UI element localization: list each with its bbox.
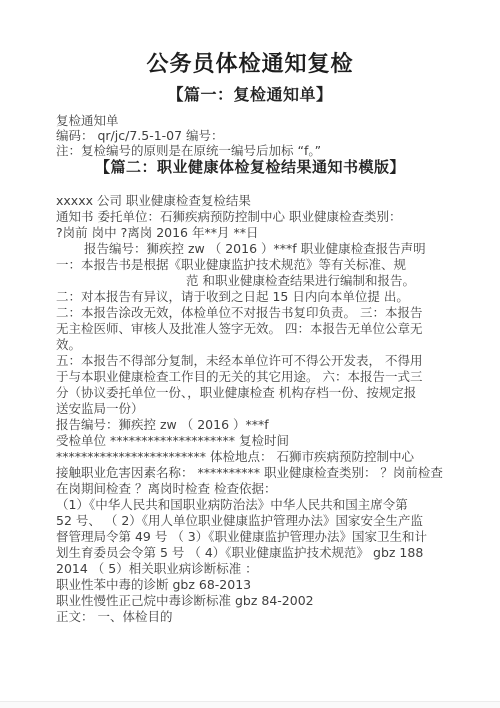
text-line: 报告编号：狮疾控 zw （ 2016 ）***f 职业健康检查报告声明 <box>56 241 470 257</box>
text-line: 于与本职业健康检查工作目的无关的其它用途。 六：本报告一式三 <box>56 369 470 385</box>
text-line: 注：复检编号的原则是在原统一编号后加标 “f。” <box>56 143 470 158</box>
text-line: xxxxx 公司 职业健康检查复检结果 <box>56 193 470 209</box>
text-line: 送安监局一份） <box>56 401 470 417</box>
text-line: 2014 （ 5）相关职业病诊断标准 ： <box>56 561 470 577</box>
document-page: 公务员体检通知复检 【篇一：复检通知单】 复检通知单 编码： qr/jc/7.5… <box>0 0 500 708</box>
text-line: 二：对本报告有异议，请于收到之日起 15 日内向本单位提 出。 <box>56 289 470 305</box>
text-line: 通知书 委托单位：石狮疾病预防控制中心 职业健康检查类别： <box>56 209 470 225</box>
text-line: 分（协议委托单位一份、，职业健康检查 机构存档一份、按规定报 <box>56 385 470 401</box>
text-line: 一：本报告书是根据《职业健康监护技术规范》等有关标准、规 <box>56 257 470 273</box>
text-line: 接触职业危害因素名称： ********** 职业健康检查类别： ？岗前检查 <box>56 465 470 481</box>
text-line: 正文： 一、体检目的 <box>56 609 470 625</box>
part2-heading: 【篇二：职业健康体检复检结果通知书模版】 <box>0 158 500 177</box>
text-line: 无主检医师、审核人及批准人签字无效。 四：本报告无单位公章无 <box>56 321 470 337</box>
text-line: 二：本报告涂改无效，体检单位不对报告书复印负责。 三：本报告 <box>56 305 470 321</box>
text-line: 编码： qr/jc/7.5-1-07 编号： <box>56 128 470 143</box>
document-title: 公务员体检通知复检 <box>0 0 500 78</box>
text-line: 划生育委员会令第 5 号 （ 4）《职业健康监护技术规范》 gbz 188 <box>56 545 470 561</box>
text-line: 范 和职业健康检查结果进行编制和报告。 <box>56 273 470 289</box>
text-line: 职业性慢性正己烷中毒诊断标准 gbz 84-2002 <box>56 593 470 609</box>
text-line: 在岗期间检查 ？离岗时检查 检查依据： <box>56 481 470 497</box>
text-line: ************************ 体检地点： 石狮市疾病预防控制… <box>56 449 470 465</box>
text-line: （1）《中华人民共和国职业病防治法》中华人民共和国主席令第 <box>56 497 470 513</box>
part2-body: xxxxx 公司 职业健康检查复检结果 通知书 委托单位：石狮疾病预防控制中心 … <box>0 193 500 625</box>
text-line: 职业性苯中毒的诊断 gbz 68-2013 <box>56 577 470 593</box>
text-line: 五：本报告不得部分复制，未经本单位许可不得公开发表， 不得用 <box>56 353 470 369</box>
text-line: 复检通知单 <box>56 113 470 128</box>
text-line: 督管理局令第 49 号 （ 3）《职业健康监护管理办法》国家卫生和计 <box>56 529 470 545</box>
page-bottom-shadow <box>0 701 500 708</box>
part1-body: 复检通知单 编码： qr/jc/7.5-1-07 编号： 注：复检编号的原则是在… <box>0 113 500 158</box>
text-line: 受检单位 ******************** 复检时间 <box>56 433 470 449</box>
text-line: 52 号、 （ 2）《用人单位职业健康监护管理办法》国家安全生产监 <box>56 513 470 529</box>
text-line: ?岗前 岗中 ?离岗 2016 年**月 **日 <box>56 225 470 241</box>
part1-heading: 【篇一：复检通知单】 <box>0 85 500 105</box>
text-line: 报告编号：狮疾控 zw （ 2016 ）***f <box>56 417 470 433</box>
text-line: 效。 <box>56 337 470 353</box>
